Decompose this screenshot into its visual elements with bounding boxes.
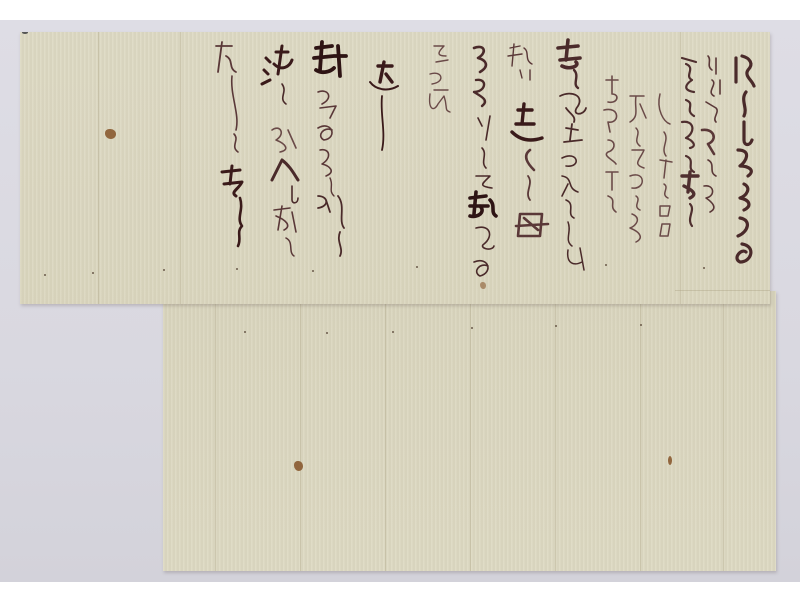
transcription-col-5: 属く久のうらんゑ <box>0 0 1 1</box>
pin-dot <box>326 332 328 334</box>
fold-line <box>675 290 770 291</box>
fold-line <box>470 291 471 571</box>
lower-paper-sheet <box>163 291 776 571</box>
stain-mark <box>105 129 116 139</box>
fold-line <box>98 32 99 304</box>
pin-dot <box>555 325 557 327</box>
fold-line <box>180 32 181 304</box>
pin-dot <box>471 327 473 329</box>
corner-mark <box>22 32 28 34</box>
pin-dot <box>416 266 418 268</box>
transcription-col-7: 志し思火の流るし比 <box>0 0 1 1</box>
pin-dot <box>163 269 165 271</box>
pin-dot <box>92 272 94 274</box>
pin-dot <box>244 331 246 333</box>
pin-dot <box>392 331 394 333</box>
pin-dot <box>312 270 314 272</box>
fold-line <box>385 291 386 571</box>
fold-line <box>300 291 301 571</box>
transcription-col-8: 秋い遠くし毎 <box>0 0 1 1</box>
fold-line <box>215 291 216 571</box>
fold-line <box>723 291 724 571</box>
upper-paper-sheet <box>20 32 770 304</box>
transcription-col-14: 越しさ志らく <box>0 0 1 1</box>
stain-mark <box>668 456 672 465</box>
pin-dot <box>605 264 607 266</box>
transcription-col-2: れりうへ野ヶ小意 <box>0 0 1 1</box>
pin-dot <box>44 274 46 276</box>
fold-line <box>555 291 556 571</box>
transcription-col-6: おもひきのく <box>0 0 1 1</box>
transcription-col-4: してさりうロロす <box>0 0 1 1</box>
transcription-col-1: はくしあるさの <box>0 0 1 1</box>
transcription-col-12: 朝良の多もぬしく <box>0 0 1 1</box>
pin-dot <box>640 324 642 326</box>
transcription-col-9: 多る乃くそ野ほの <box>0 0 1 1</box>
stain-mark <box>294 461 303 471</box>
fold-line <box>680 32 681 304</box>
transcription-col-13: 渉う殿人も花も <box>0 0 1 1</box>
pin-dot <box>236 268 238 270</box>
fold-line <box>640 291 641 571</box>
stain-mark <box>480 282 486 289</box>
transcription-col-10: ゑ風 <box>0 0 1 1</box>
transcription-col-3: えぞうぬとおもま <box>0 0 1 1</box>
transcription-col-11: 返し <box>0 0 1 1</box>
pin-dot <box>703 267 705 269</box>
